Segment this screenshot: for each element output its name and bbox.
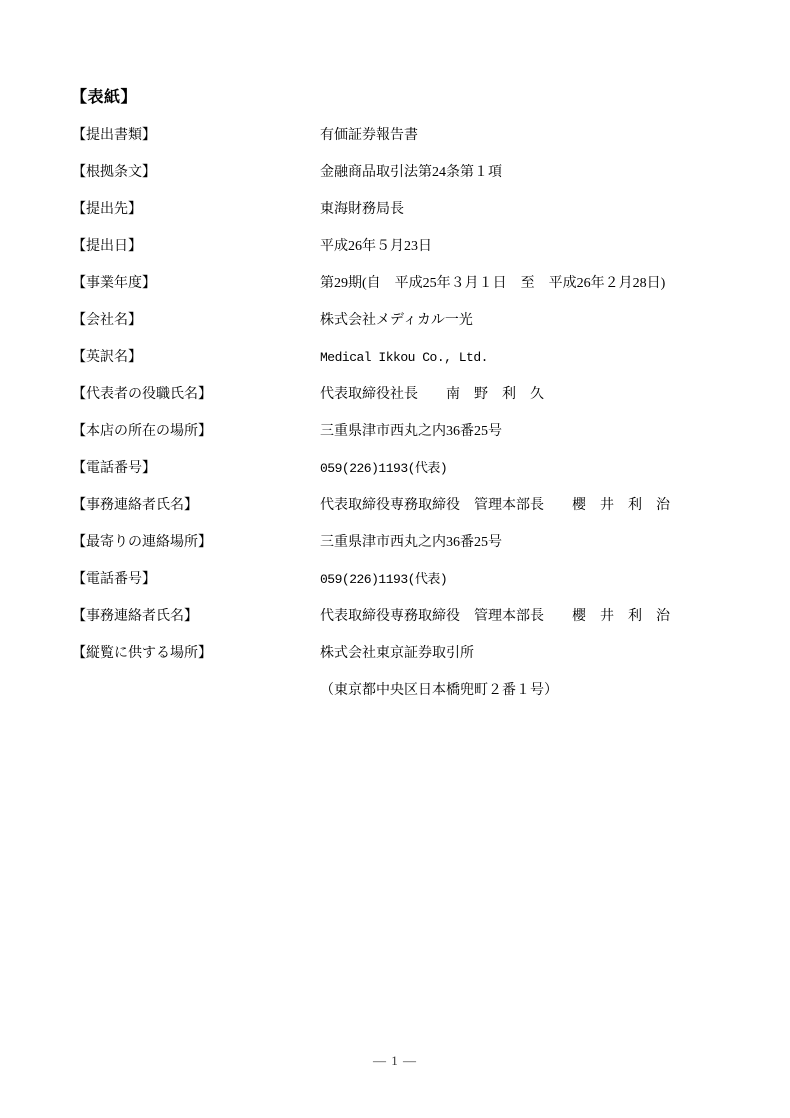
field-row: 【事務連絡者氏名】 代表取締役専務取締役 管理本部長 櫻 井 利 治 <box>72 497 752 534</box>
field-values: 059(226)1193(代表) <box>320 460 752 497</box>
field-label: 【最寄りの連絡場所】 <box>72 534 320 552</box>
field-values: 代表取締役専務取締役 管理本部長 櫻 井 利 治 <box>320 497 752 534</box>
field-label: 【本店の所在の場所】 <box>72 423 320 441</box>
field-values: 株式会社東京証券取引所（東京都中央区日本橋兜町２番１号） <box>320 645 752 719</box>
field-values: 有価証券報告書 <box>320 127 752 164</box>
field-label: 【英訳名】 <box>72 349 320 367</box>
field-values: 株式会社メディカル一光 <box>320 312 752 349</box>
field-label: 【事業年度】 <box>72 275 320 293</box>
field-value: 株式会社東京証券取引所 <box>320 645 752 682</box>
field-value: 金融商品取引法第24条第１項 <box>320 164 752 201</box>
field-label: 【会社名】 <box>72 312 320 330</box>
field-row: 【縦覧に供する場所】 株式会社東京証券取引所（東京都中央区日本橋兜町２番１号） <box>72 645 752 719</box>
field-value: （東京都中央区日本橋兜町２番１号） <box>320 682 752 719</box>
field-row: 【事業年度】 第29期(自 平成25年３月１日 至 平成26年２月28日) <box>72 275 752 312</box>
field-values: 代表取締役専務取締役 管理本部長 櫻 井 利 治 <box>320 608 752 645</box>
field-row: 【会社名】 株式会社メディカル一光 <box>72 312 752 349</box>
field-values: Medical Ikkou Co., Ltd. <box>320 349 752 386</box>
field-label: 【提出先】 <box>72 201 320 219</box>
field-values: 059(226)1193(代表) <box>320 571 752 608</box>
field-value: 三重県津市西丸之内36番25号 <box>320 423 752 460</box>
field-label: 【提出書類】 <box>72 127 320 145</box>
field-row: 【本店の所在の場所】 三重県津市西丸之内36番25号 <box>72 423 752 460</box>
field-values: 東海財務局長 <box>320 201 752 238</box>
field-value: 有価証券報告書 <box>320 127 752 164</box>
field-row: 【根拠条文】 金融商品取引法第24条第１項 <box>72 164 752 201</box>
field-value: 代表取締役専務取締役 管理本部長 櫻 井 利 治 <box>320 497 752 534</box>
document-page: 【表紙】 【提出書類】 有価証券報告書 【根拠条文】 金融商品取引法第24条第１… <box>0 0 790 1118</box>
field-label: 【縦覧に供する場所】 <box>72 645 320 663</box>
field-row: 【最寄りの連絡場所】 三重県津市西丸之内36番25号 <box>72 534 752 571</box>
field-values: 三重県津市西丸之内36番25号 <box>320 423 752 460</box>
field-value: 代表取締役社長 南 野 利 久 <box>320 386 752 423</box>
field-value: 東海財務局長 <box>320 201 752 238</box>
field-label: 【電話番号】 <box>72 460 320 478</box>
field-value: 059(226)1193(代表) <box>320 571 752 608</box>
field-rows: 【提出書類】 有価証券報告書 【根拠条文】 金融商品取引法第24条第１項 【提出… <box>72 127 752 719</box>
field-row: 【電話番号】 059(226)1193(代表) <box>72 460 752 497</box>
field-value: 代表取締役専務取締役 管理本部長 櫻 井 利 治 <box>320 608 752 645</box>
field-label: 【電話番号】 <box>72 571 320 589</box>
field-values: 第29期(自 平成25年３月１日 至 平成26年２月28日) <box>320 275 752 312</box>
field-values: 代表取締役社長 南 野 利 久 <box>320 386 752 423</box>
field-row: 【英訳名】 Medical Ikkou Co., Ltd. <box>72 349 752 386</box>
field-row: 【事務連絡者氏名】 代表取締役専務取締役 管理本部長 櫻 井 利 治 <box>72 608 752 645</box>
field-label: 【根拠条文】 <box>72 164 320 182</box>
field-row: 【提出日】 平成26年５月23日 <box>72 238 752 275</box>
field-label: 【事務連絡者氏名】 <box>72 497 320 515</box>
field-values: 金融商品取引法第24条第１項 <box>320 164 752 201</box>
field-value: Medical Ikkou Co., Ltd. <box>320 349 752 386</box>
page-number: — 1 — <box>0 1053 790 1069</box>
field-row: 【提出書類】 有価証券報告書 <box>72 127 752 164</box>
page-title: 【表紙】 <box>71 84 137 107</box>
field-values: 平成26年５月23日 <box>320 238 752 275</box>
field-value: 059(226)1193(代表) <box>320 460 752 497</box>
field-values: 三重県津市西丸之内36番25号 <box>320 534 752 571</box>
field-value: 第29期(自 平成25年３月１日 至 平成26年２月28日) <box>320 275 752 312</box>
field-label: 【提出日】 <box>72 238 320 256</box>
field-value: 平成26年５月23日 <box>320 238 752 275</box>
field-label: 【事務連絡者氏名】 <box>72 608 320 626</box>
field-value: 株式会社メディカル一光 <box>320 312 752 349</box>
field-value: 三重県津市西丸之内36番25号 <box>320 534 752 571</box>
field-row: 【提出先】 東海財務局長 <box>72 201 752 238</box>
field-row: 【電話番号】 059(226)1193(代表) <box>72 571 752 608</box>
field-row: 【代表者の役職氏名】 代表取締役社長 南 野 利 久 <box>72 386 752 423</box>
field-label: 【代表者の役職氏名】 <box>72 386 320 404</box>
